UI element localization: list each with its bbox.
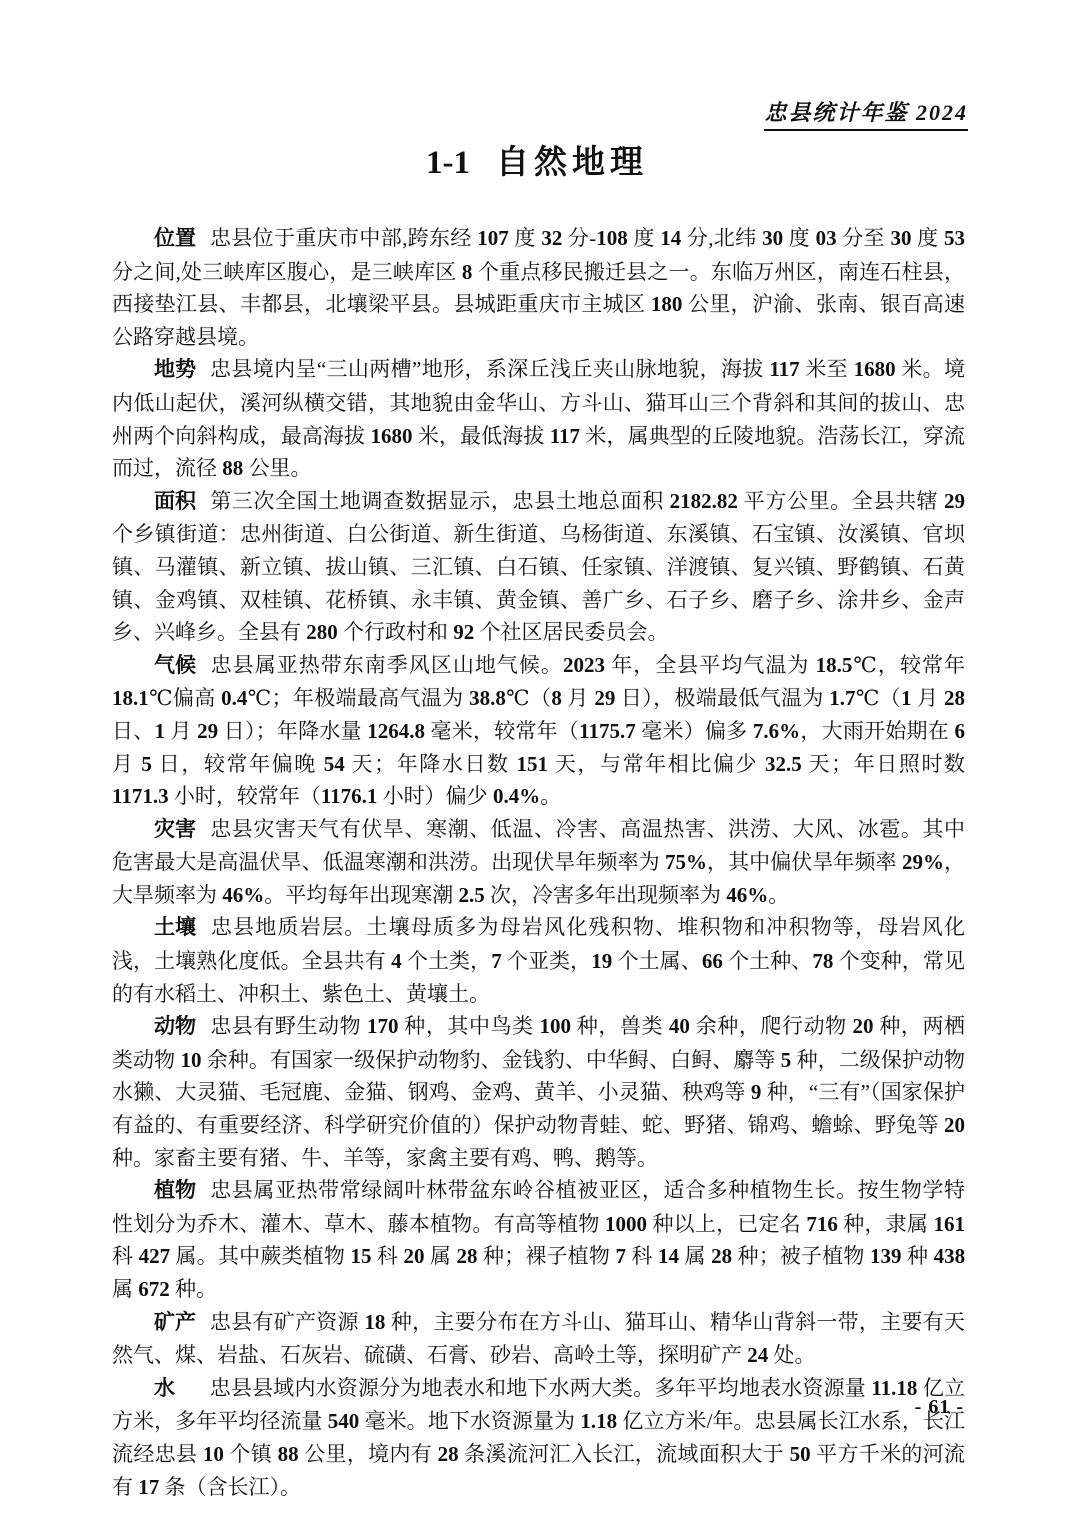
paragraph-animal: 动物忠县有野生动物 170 种，其中鸟类 100 种，兽类 40 余种，爬行动物… xyxy=(112,1010,965,1174)
paragraph-label: 矿产 xyxy=(154,1307,196,1340)
paragraph-label: 位置 xyxy=(154,223,196,256)
paragraph-mineral: 矿产忠县有矿产资源 18 种，主要分布在方斗山、猫耳山、精华山背斜一带，主要有天… xyxy=(112,1306,965,1372)
page-header: 忠县统计年鉴 2024 xyxy=(764,96,968,131)
paragraph-text: 忠县有野生动物 170 种，其中鸟类 100 种，兽类 40 余种，爬行动物 2… xyxy=(112,1014,965,1169)
body-paragraphs: 位置忠县位于重庆市中部,跨东经 107 度 32 分-108 度 14 分,北纬… xyxy=(112,222,965,1503)
paragraph-text: 忠县属亚热带东南季风区山地气候。2023 年，全县平均气温为 18.5℃，较常年… xyxy=(112,653,965,808)
yearbook-title-header: 忠县统计年鉴 2024 xyxy=(764,96,968,131)
yearbook-page: 忠县统计年鉴 2024 1-1自然地理 位置忠县位于重庆市中部,跨东经 107 … xyxy=(0,0,1074,1520)
paragraph-label: 气候 xyxy=(154,650,196,683)
section-title-text: 自然地理 xyxy=(496,143,648,180)
paragraph-label: 面积 xyxy=(154,486,196,519)
page-number: - 61 - xyxy=(915,1396,964,1419)
paragraph-terrain: 地势忠县境内呈“三山两槽”地形，系深丘浅丘夹山脉地貌，海拔 117 米至 168… xyxy=(112,353,965,484)
paragraph-text: 忠县灾害天气有伏旱、寒潮、低温、冷害、高温热害、洪涝、大风、冰雹。其中危害最大是… xyxy=(112,817,965,907)
paragraph-text: 忠县地质岩层。土壤母质多为母岩风化残积物、堆积物和冲积物等，母岩风化浅，土壤熟化… xyxy=(112,915,965,1005)
paragraph-label: 植物 xyxy=(154,1175,196,1208)
paragraph-text: 忠县属亚热带常绿阔叶林带盆东岭谷植被亚区，适合多种植物生长。按生物学特性划分为乔… xyxy=(112,1178,965,1301)
paragraph-climate: 气候忠县属亚热带东南季风区山地气候。2023 年，全县平均气温为 18.5℃，较… xyxy=(112,649,965,813)
paragraph-text: 第三次全国土地调查数据显示，忠县土地总面积 2182.82 平方公里。全县共辖 … xyxy=(112,489,965,644)
paragraph-text: 忠县有矿产资源 18 种，主要分布在方斗山、猫耳山、精华山背斜一带，主要有天然气… xyxy=(112,1310,965,1368)
section-title: 1-1自然地理 xyxy=(0,142,1074,183)
paragraph-label: 土壤 xyxy=(154,912,196,945)
paragraph-soil: 土壤忠县地质岩层。土壤母质多为母岩风化残积物、堆积物和冲积物等，母岩风化浅，土壤… xyxy=(112,911,965,1010)
paragraph-label: 灾害 xyxy=(154,814,196,847)
paragraph-text: 忠县县域内水资源分为地表水和地下水两大类。多年平均地表水资源量 11.18 亿立… xyxy=(112,1376,965,1499)
paragraph-water: 水忠县县域内水资源分为地表水和地下水两大类。多年平均地表水资源量 11.18 亿… xyxy=(112,1372,965,1503)
paragraph-plant: 植物忠县属亚热带常绿阔叶林带盆东岭谷植被亚区，适合多种植物生长。按生物学特性划分… xyxy=(112,1174,965,1305)
paragraph-location: 位置忠县位于重庆市中部,跨东经 107 度 32 分-108 度 14 分,北纬… xyxy=(112,222,965,353)
section-number: 1-1 xyxy=(426,145,470,181)
paragraph-area: 面积第三次全国土地调查数据显示，忠县土地总面积 2182.82 平方公里。全县共… xyxy=(112,485,965,649)
paragraph-label: 地势 xyxy=(154,354,196,387)
paragraph-disaster: 灾害忠县灾害天气有伏旱、寒潮、低温、冷害、高温热害、洪涝、大风、冰雹。其中危害最… xyxy=(112,813,965,912)
paragraph-text: 忠县境内呈“三山两槽”地形，系深丘浅丘夹山脉地貌，海拔 117 米至 1680 … xyxy=(112,357,965,480)
paragraph-text: 忠县位于重庆市中部,跨东经 107 度 32 分-108 度 14 分,北纬 3… xyxy=(112,226,965,349)
paragraph-label: 动物 xyxy=(154,1011,196,1044)
paragraph-label: 水 xyxy=(154,1373,196,1406)
